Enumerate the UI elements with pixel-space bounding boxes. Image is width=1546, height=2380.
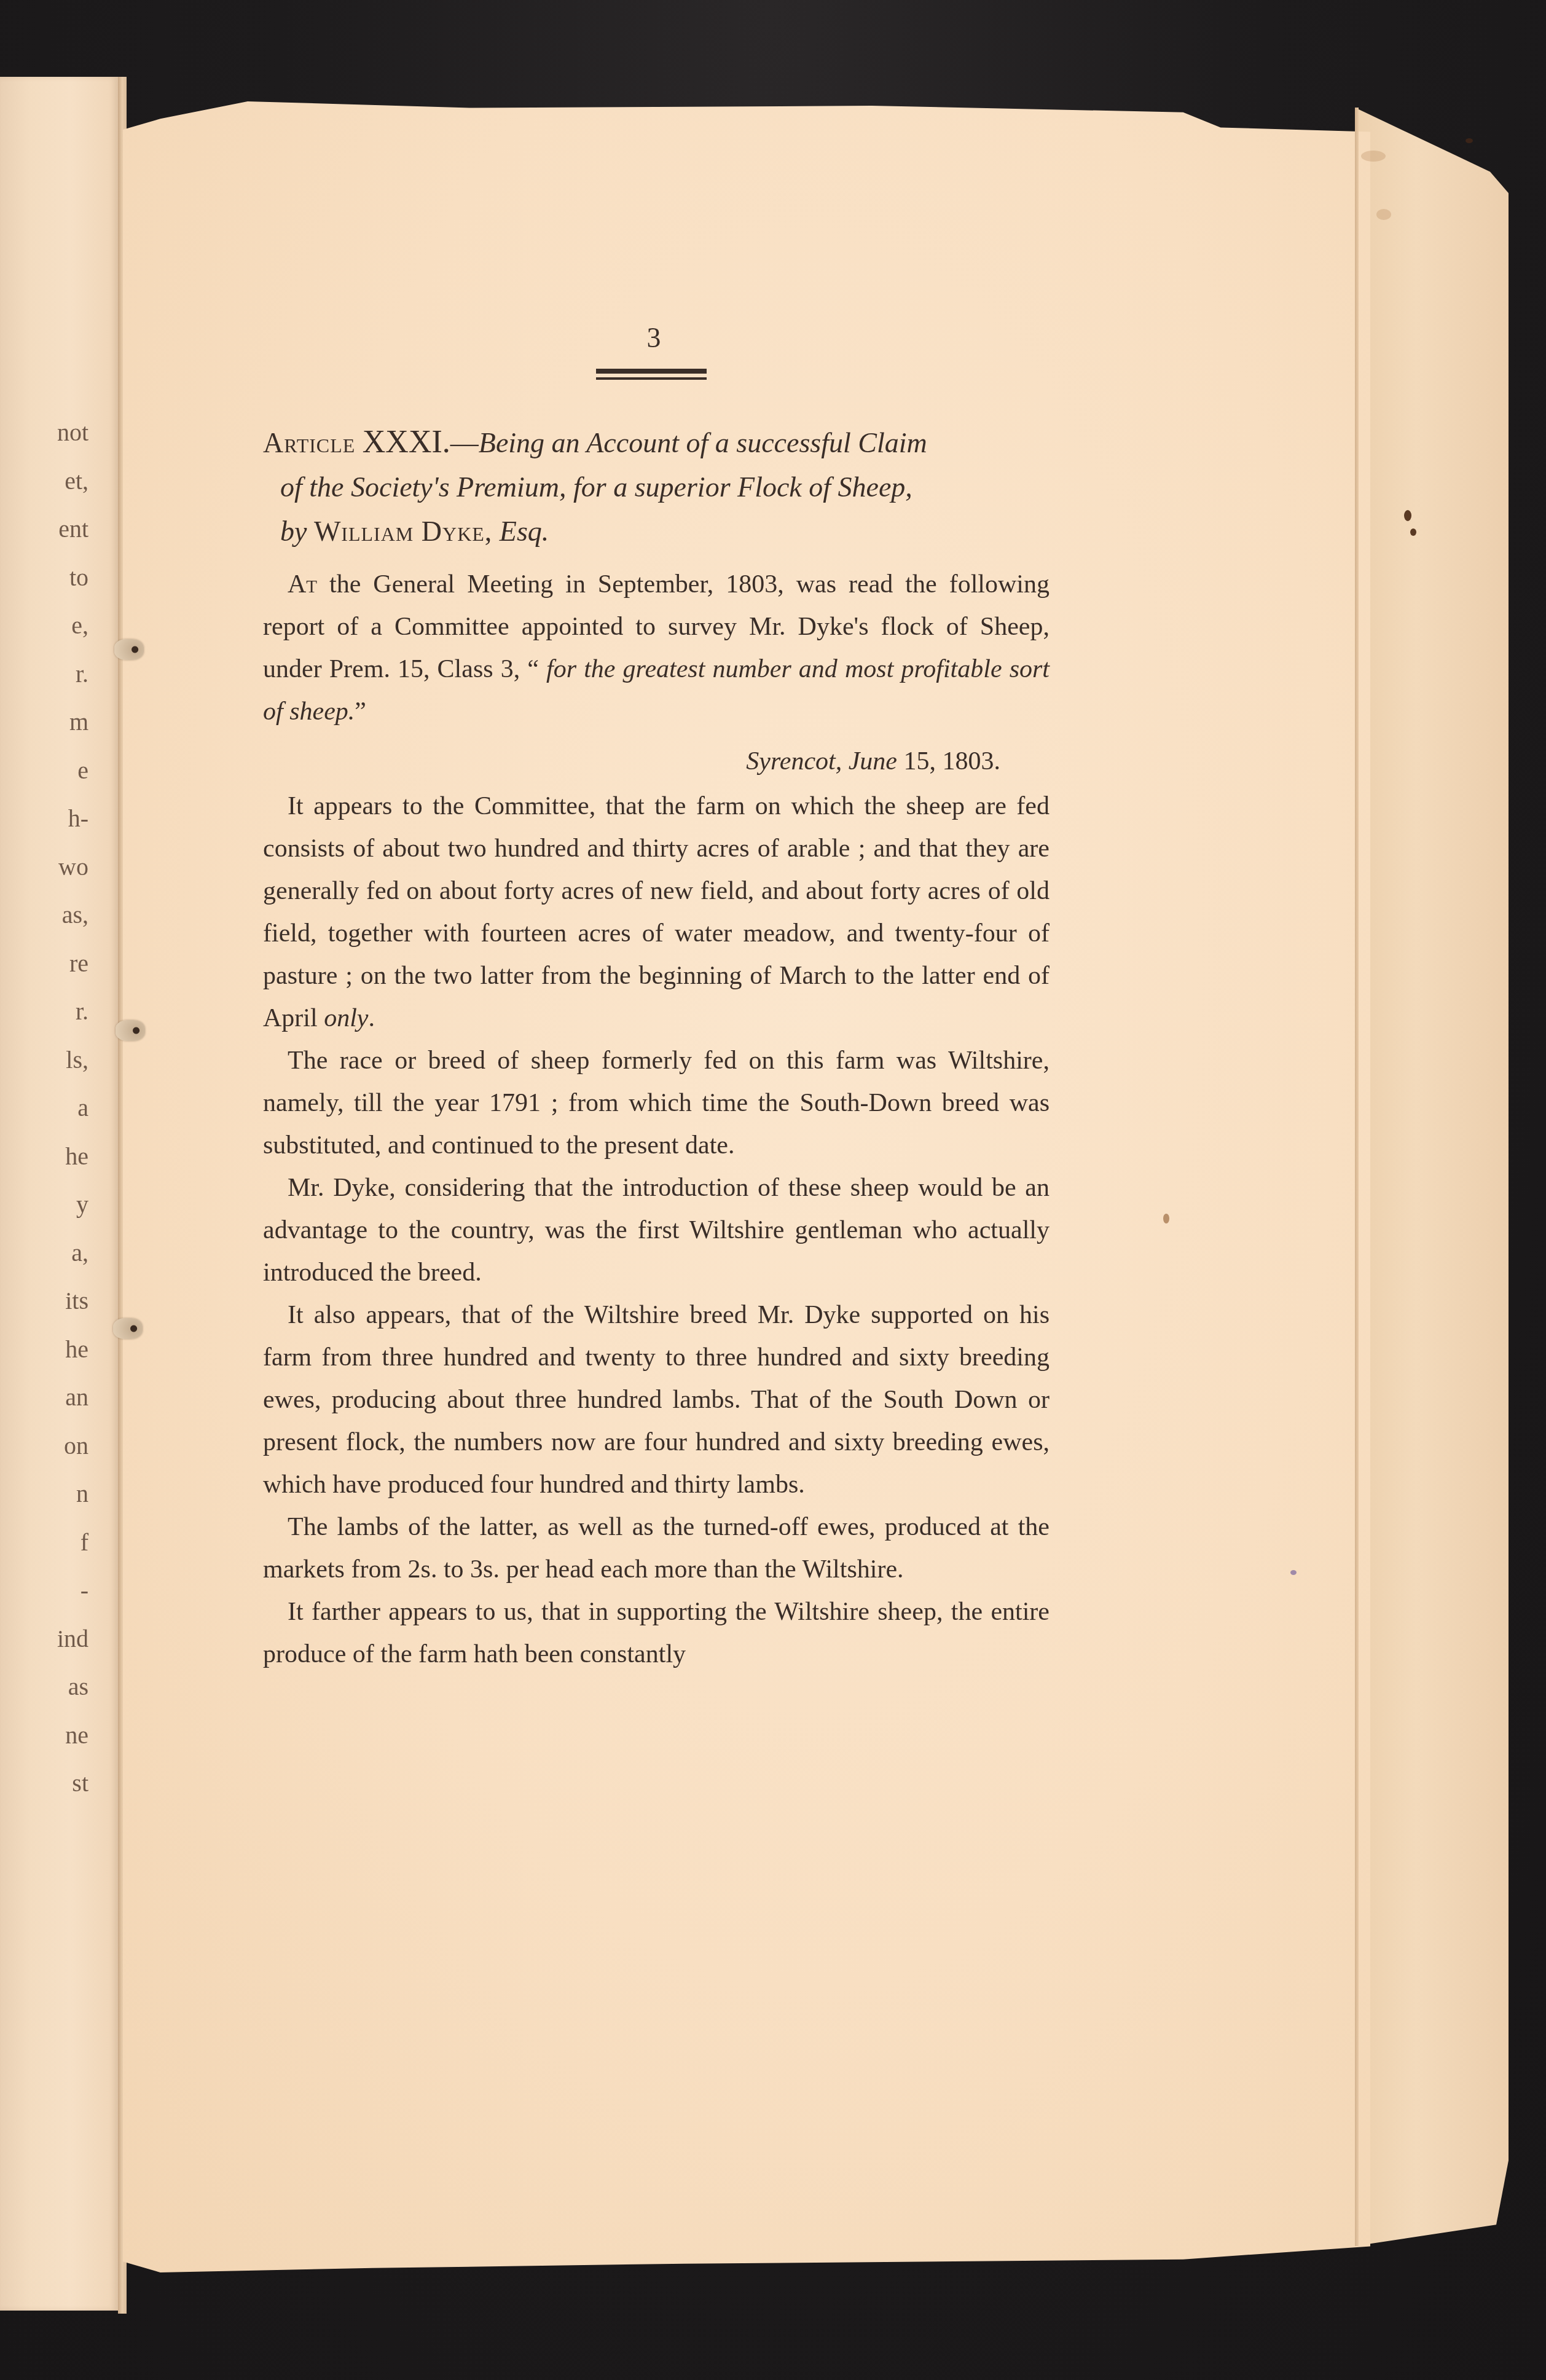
double-rule-divider (596, 369, 707, 380)
left-fragment: ent (2, 505, 113, 554)
article-number: XXXI. (363, 425, 450, 460)
heading-dash: — (450, 427, 479, 458)
left-fragment: re (2, 940, 113, 988)
left-fragment: a, (2, 1229, 113, 1278)
left-fragment: ind (2, 1615, 113, 1663)
heading-suffix: Esq. (500, 516, 549, 547)
foxing-spot (1404, 510, 1411, 521)
left-fragment: m (2, 698, 113, 747)
dateline-place: Syrencot, June (746, 747, 897, 776)
intro-lead: At (288, 570, 317, 599)
left-fragment: r. (2, 650, 113, 699)
left-page-edge: not et, ent to e, r. m e h- wo as, re r.… (0, 77, 119, 2311)
body-paragraph: It also appears, that of the Wiltshire b… (263, 1294, 1050, 1506)
heading-line-2: of the Society's Premium, for a superior… (263, 465, 1050, 509)
body-paragraph: It appears to the Committee, that the fa… (263, 785, 1050, 1040)
folded-page-edge (1355, 108, 1509, 2246)
left-fragment: as, (2, 891, 113, 940)
left-fragment: - (2, 1566, 113, 1615)
article-heading: Article XXXI.—Being an Account of a succ… (263, 420, 1050, 554)
left-fragment: n (2, 1470, 113, 1518)
paragraph-emphasis: only (324, 1004, 368, 1032)
fold-crease (1355, 108, 1359, 2246)
left-fragment: st (2, 1759, 113, 1808)
left-fragment: r. (2, 988, 113, 1036)
left-fragment: to (2, 554, 113, 602)
body-paragraph: The lambs of the latter, as well as the … (263, 1506, 1050, 1591)
heading-line-1: Being an Account of a successful Claim (479, 427, 927, 458)
foxing-spot (1361, 151, 1386, 162)
binding-stitch (114, 639, 144, 660)
dateline-date: 15, 1803. (904, 747, 1001, 776)
intro-paragraph: At the General Meeting in September, 180… (263, 564, 1050, 733)
foxing-spot (1376, 209, 1391, 220)
left-fragment: on (2, 1422, 113, 1471)
left-fragment: ls, (2, 1036, 113, 1085)
binding-stitch (113, 1318, 143, 1339)
left-fragment: e (2, 747, 113, 795)
left-fragment: an (2, 1373, 113, 1422)
left-fragment: et, (2, 457, 113, 506)
intro-tail: ” (355, 697, 366, 726)
left-fragment: wo (2, 843, 113, 892)
page-number: 3 (258, 320, 1050, 356)
left-fragment: he (2, 1133, 113, 1181)
foxing-spot (1290, 1570, 1297, 1575)
page-text-block: 3 Article XXXI.—Being an Account of a su… (263, 320, 1050, 1676)
heading-by: by (280, 516, 307, 547)
paragraph-text: It appears to the Committee, that the fa… (263, 792, 1050, 1032)
left-page-text-fragments: not et, ent to e, r. m e h- wo as, re r.… (2, 409, 113, 1808)
body-paragraph: The race or breed of sheep formerly fed … (263, 1040, 1050, 1167)
foxing-spot (1466, 138, 1473, 143)
left-fragment: y (2, 1180, 113, 1229)
binding-stitch (116, 1020, 145, 1041)
left-fragment: ne (2, 1711, 113, 1760)
left-fragment: he (2, 1325, 113, 1374)
left-fragment: as (2, 1663, 113, 1711)
body-paragraph: It farther appears to us, that in suppor… (263, 1591, 1050, 1676)
body-paragraph: Mr. Dyke, considering that the introduct… (263, 1167, 1050, 1294)
left-fragment: f (2, 1518, 113, 1567)
left-fragment: a (2, 1084, 113, 1133)
paragraph-tail: . (368, 1004, 375, 1032)
article-label: Article (263, 427, 355, 458)
heading-author: William Dyke, (314, 516, 492, 547)
left-fragment: its (2, 1277, 113, 1325)
article-body: At the General Meeting in September, 180… (263, 564, 1050, 1676)
left-fragment: h- (2, 795, 113, 843)
foxing-spot (1410, 528, 1416, 536)
dateline: Syrencot, June 15, 1803. (263, 740, 1000, 783)
left-fragment: not (2, 409, 113, 457)
foxing-spot (1163, 1214, 1169, 1223)
left-fragment: e, (2, 602, 113, 650)
